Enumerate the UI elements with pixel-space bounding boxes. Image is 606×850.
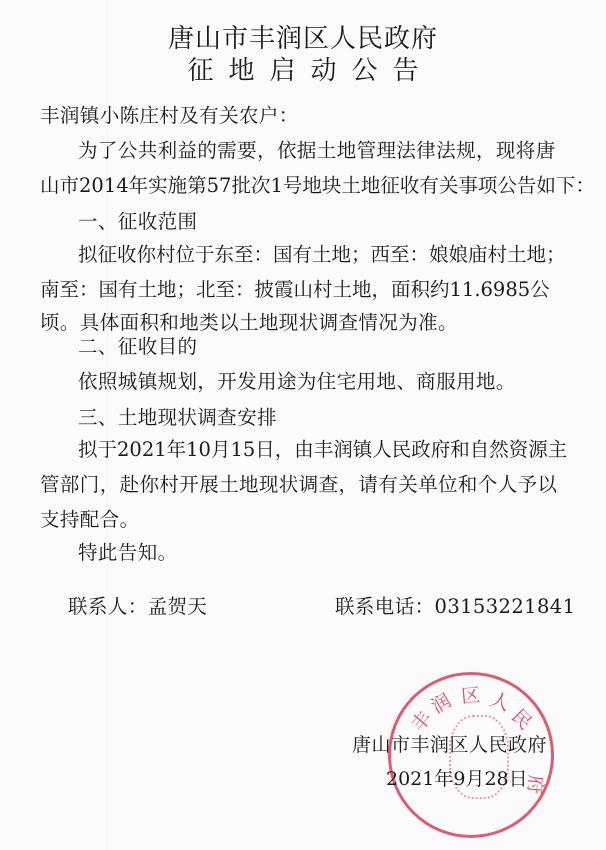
scope-line-3: 顷。具体面积和地类以土地现状调查情况为准。 (40, 311, 458, 335)
scope-line-1: 拟征收你村位于东至：国有土地；西至：娘娘庙村土地； (78, 243, 566, 267)
addressee: 丰润镇小陈庄村及有关农户： (40, 104, 299, 128)
contact-person-label: 联系人： (68, 595, 148, 618)
intro-line-1: 为了公共利益的需要，依据土地管理法律法规，现将唐 (78, 139, 556, 163)
purpose-line-1: 依照城镇规划，开发用途为住宅用地、商服用地。 (78, 370, 516, 394)
contact-person-name: 孟贺天 (148, 595, 208, 618)
contact-person: 联系人：孟贺天 (68, 595, 207, 619)
contact-phone: 联系电话：03153221841 (335, 595, 575, 619)
section-heading-scope: 一、征收范围 (78, 210, 197, 234)
contact-phone-number: 03153221841 (435, 595, 576, 618)
survey-line-2: 管部门，赴你村开展土地现状调查，请有关单位和个人予以 (40, 473, 557, 497)
signature-issuer: 唐山市丰润区人民政府 (352, 730, 547, 757)
section-heading-survey: 三、土地现状调查安排 (78, 406, 277, 430)
contact-phone-label: 联系电话： (335, 595, 435, 618)
signature-date: 2021年9月28日 (386, 764, 528, 791)
intro-line-2: 山市2014年实施第57批次1号地块土地征收有关事项公告如下： (40, 174, 595, 198)
survey-line-3: 支持配合。 (40, 508, 140, 532)
section-heading-purpose: 二、征收目的 (78, 335, 197, 359)
notice-title: 征地启动公告 (0, 50, 606, 87)
notice-page: 唐山市丰润区人民政府 征地启动公告 丰润镇小陈庄村及有关农户： 为了公共利益的需… (0, 0, 606, 850)
seal-char: 润 (426, 686, 456, 719)
closing-text: 特此告知。 (78, 541, 178, 565)
survey-line-1: 拟于2021年10月15日，由丰润镇人民政府和自然资源主 (78, 438, 567, 462)
seal-char: 人 (487, 685, 514, 717)
scope-line-2: 南至：国有土地；北至：披霞山村土地，面积约11.6985公 (40, 278, 550, 302)
seal-char: 区 (460, 680, 481, 709)
